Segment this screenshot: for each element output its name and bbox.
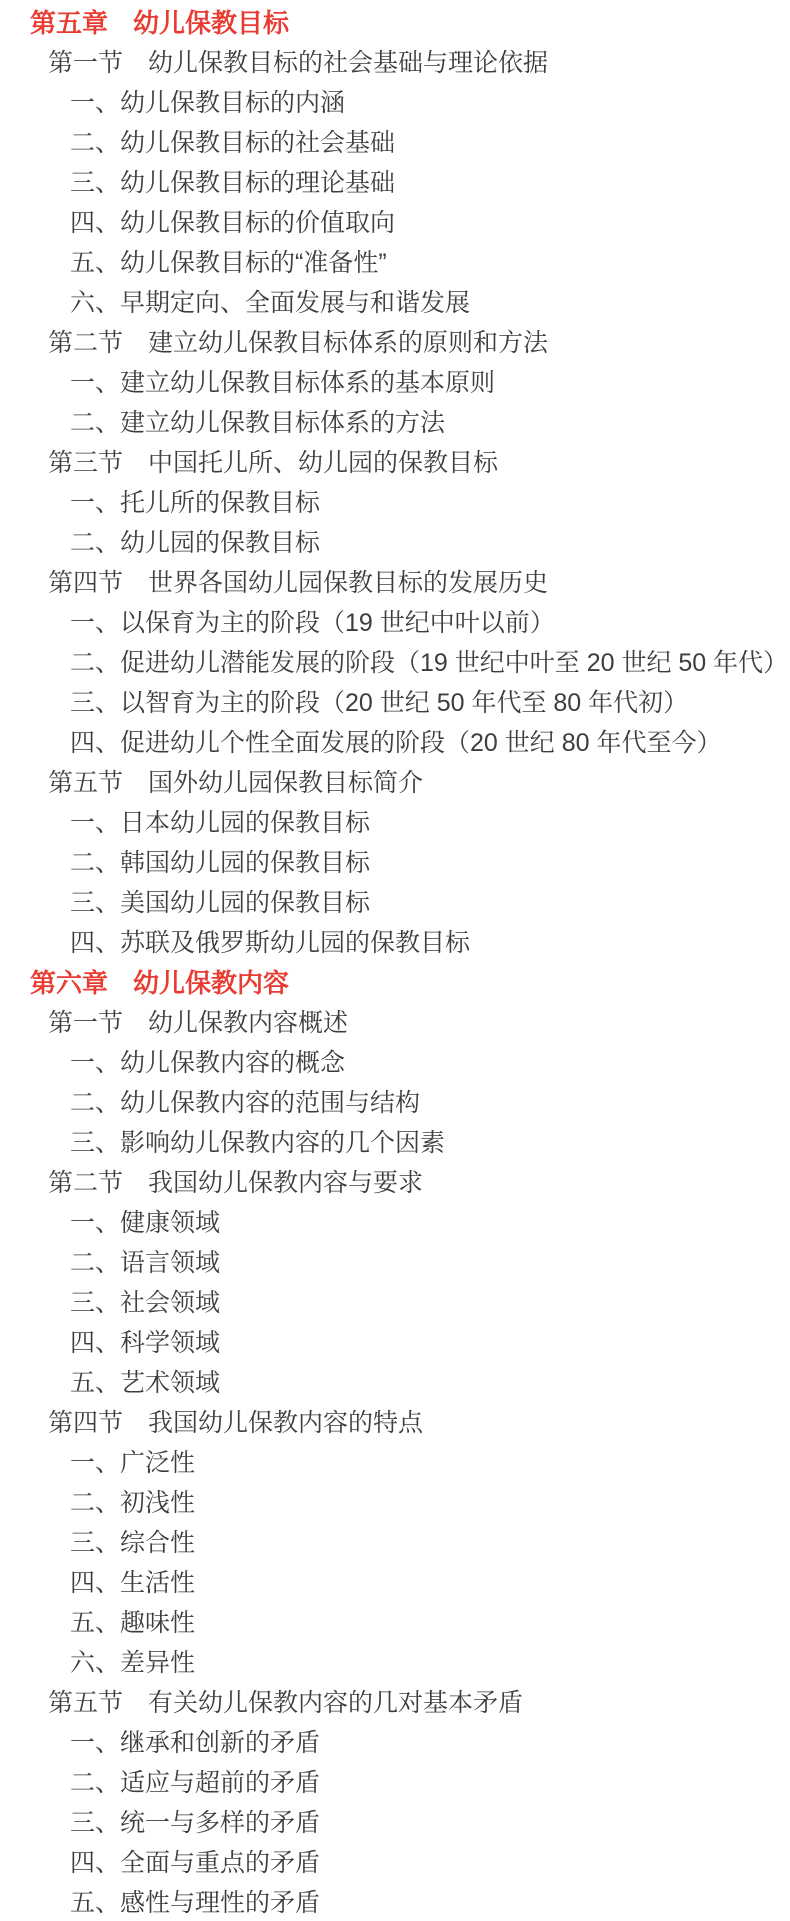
toc-document: 第五章幼儿保教目标第一节幼儿保教目标的社会基础与理论依据一、幼儿保教目标的内涵二… — [0, 0, 790, 1921]
toc-item: 二、建立幼儿保教目标体系的方法 — [0, 401, 790, 441]
toc-item: 六、差异性 — [0, 1641, 790, 1681]
chapter-label: 第五章 — [30, 3, 108, 40]
toc-item: 三、以智育为主的阶段（20 世纪 50 年代至 80 年代初） — [0, 681, 790, 721]
section-title: 中国托儿所、幼儿园的保教目标 — [148, 443, 498, 479]
toc-item: 二、促进幼儿潜能发展的阶段（19 世纪中叶至 20 世纪 50 年代） — [0, 641, 790, 681]
toc-item: 三、统一与多样的矛盾 — [0, 1801, 790, 1841]
toc-item: 四、生活性 — [0, 1561, 790, 1601]
section-label: 第三节 — [48, 443, 123, 479]
chapter-title: 幼儿保教目标 — [133, 3, 289, 40]
toc-item: 三、社会领域 — [0, 1281, 790, 1321]
toc-item: 一、日本幼儿园的保教目标 — [0, 801, 790, 841]
toc-item: 二、幼儿保教目标的社会基础 — [0, 121, 790, 161]
section-heading: 第三节中国托儿所、幼儿园的保教目标 — [0, 441, 790, 481]
section-heading: 第五节有关幼儿保教内容的几对基本矛盾 — [0, 1681, 790, 1721]
section-heading: 第五节国外幼儿园保教目标简介 — [0, 761, 790, 801]
toc-item: 三、影响幼儿保教内容的几个因素 — [0, 1121, 790, 1161]
toc-item: 五、感性与理性的矛盾 — [0, 1881, 790, 1921]
toc-item: 二、适应与超前的矛盾 — [0, 1761, 790, 1801]
toc-item: 六、早期定向、全面发展与和谐发展 — [0, 281, 790, 321]
section-heading: 第一节幼儿保教内容概述 — [0, 1001, 790, 1041]
toc-item: 二、幼儿保教内容的范围与结构 — [0, 1081, 790, 1121]
toc-item: 一、以保育为主的阶段（19 世纪中叶以前） — [0, 601, 790, 641]
toc-list: 第五章幼儿保教目标第一节幼儿保教目标的社会基础与理论依据一、幼儿保教目标的内涵二… — [0, 0, 790, 1921]
section-title: 我国幼儿保教内容的特点 — [148, 1403, 423, 1439]
chapter-title: 幼儿保教内容 — [133, 963, 289, 1000]
section-title: 国外幼儿园保教目标简介 — [148, 763, 423, 799]
section-heading: 第四节我国幼儿保教内容的特点 — [0, 1401, 790, 1441]
section-label: 第二节 — [48, 323, 123, 359]
toc-item: 一、幼儿保教内容的概念 — [0, 1041, 790, 1081]
toc-item: 一、继承和创新的矛盾 — [0, 1721, 790, 1761]
section-heading: 第四节世界各国幼儿园保教目标的发展历史 — [0, 561, 790, 601]
toc-item: 二、语言领域 — [0, 1241, 790, 1281]
section-title: 有关幼儿保教内容的几对基本矛盾 — [148, 1683, 523, 1719]
section-label: 第四节 — [48, 1403, 123, 1439]
toc-item: 四、促进幼儿个性全面发展的阶段（20 世纪 80 年代至今） — [0, 721, 790, 761]
section-title: 我国幼儿保教内容与要求 — [148, 1163, 423, 1199]
toc-item: 三、综合性 — [0, 1521, 790, 1561]
toc-item: 五、幼儿保教目标的“准备性” — [0, 241, 790, 281]
section-title: 建立幼儿保教目标体系的原则和方法 — [148, 323, 548, 359]
chapter-label: 第六章 — [30, 963, 108, 1000]
section-heading: 第二节建立幼儿保教目标体系的原则和方法 — [0, 321, 790, 361]
section-label: 第一节 — [48, 43, 123, 79]
section-heading: 第一节幼儿保教目标的社会基础与理论依据 — [0, 41, 790, 81]
toc-item: 一、建立幼儿保教目标体系的基本原则 — [0, 361, 790, 401]
toc-item: 二、幼儿园的保教目标 — [0, 521, 790, 561]
toc-item: 三、美国幼儿园的保教目标 — [0, 881, 790, 921]
section-label: 第五节 — [48, 763, 123, 799]
toc-item: 四、全面与重点的矛盾 — [0, 1841, 790, 1881]
toc-item: 五、趣味性 — [0, 1601, 790, 1641]
toc-item: 一、托儿所的保教目标 — [0, 481, 790, 521]
section-label: 第二节 — [48, 1163, 123, 1199]
section-title: 世界各国幼儿园保教目标的发展历史 — [148, 563, 548, 599]
section-label: 第一节 — [48, 1003, 123, 1039]
section-heading: 第二节我国幼儿保教内容与要求 — [0, 1161, 790, 1201]
toc-item: 五、艺术领域 — [0, 1361, 790, 1401]
section-label: 第五节 — [48, 1683, 123, 1719]
toc-item: 四、科学领域 — [0, 1321, 790, 1361]
section-title: 幼儿保教内容概述 — [148, 1003, 348, 1039]
section-title: 幼儿保教目标的社会基础与理论依据 — [148, 43, 548, 79]
toc-item: 二、韩国幼儿园的保教目标 — [0, 841, 790, 881]
chapter-heading: 第五章幼儿保教目标 — [0, 1, 790, 41]
toc-item: 二、初浅性 — [0, 1481, 790, 1521]
toc-item: 三、幼儿保教目标的理论基础 — [0, 161, 790, 201]
toc-item: 一、健康领域 — [0, 1201, 790, 1241]
toc-item: 四、苏联及俄罗斯幼儿园的保教目标 — [0, 921, 790, 961]
toc-item: 一、广泛性 — [0, 1441, 790, 1481]
toc-item: 一、幼儿保教目标的内涵 — [0, 81, 790, 121]
section-label: 第四节 — [48, 563, 123, 599]
chapter-heading: 第六章幼儿保教内容 — [0, 961, 790, 1001]
toc-item: 四、幼儿保教目标的价值取向 — [0, 201, 790, 241]
